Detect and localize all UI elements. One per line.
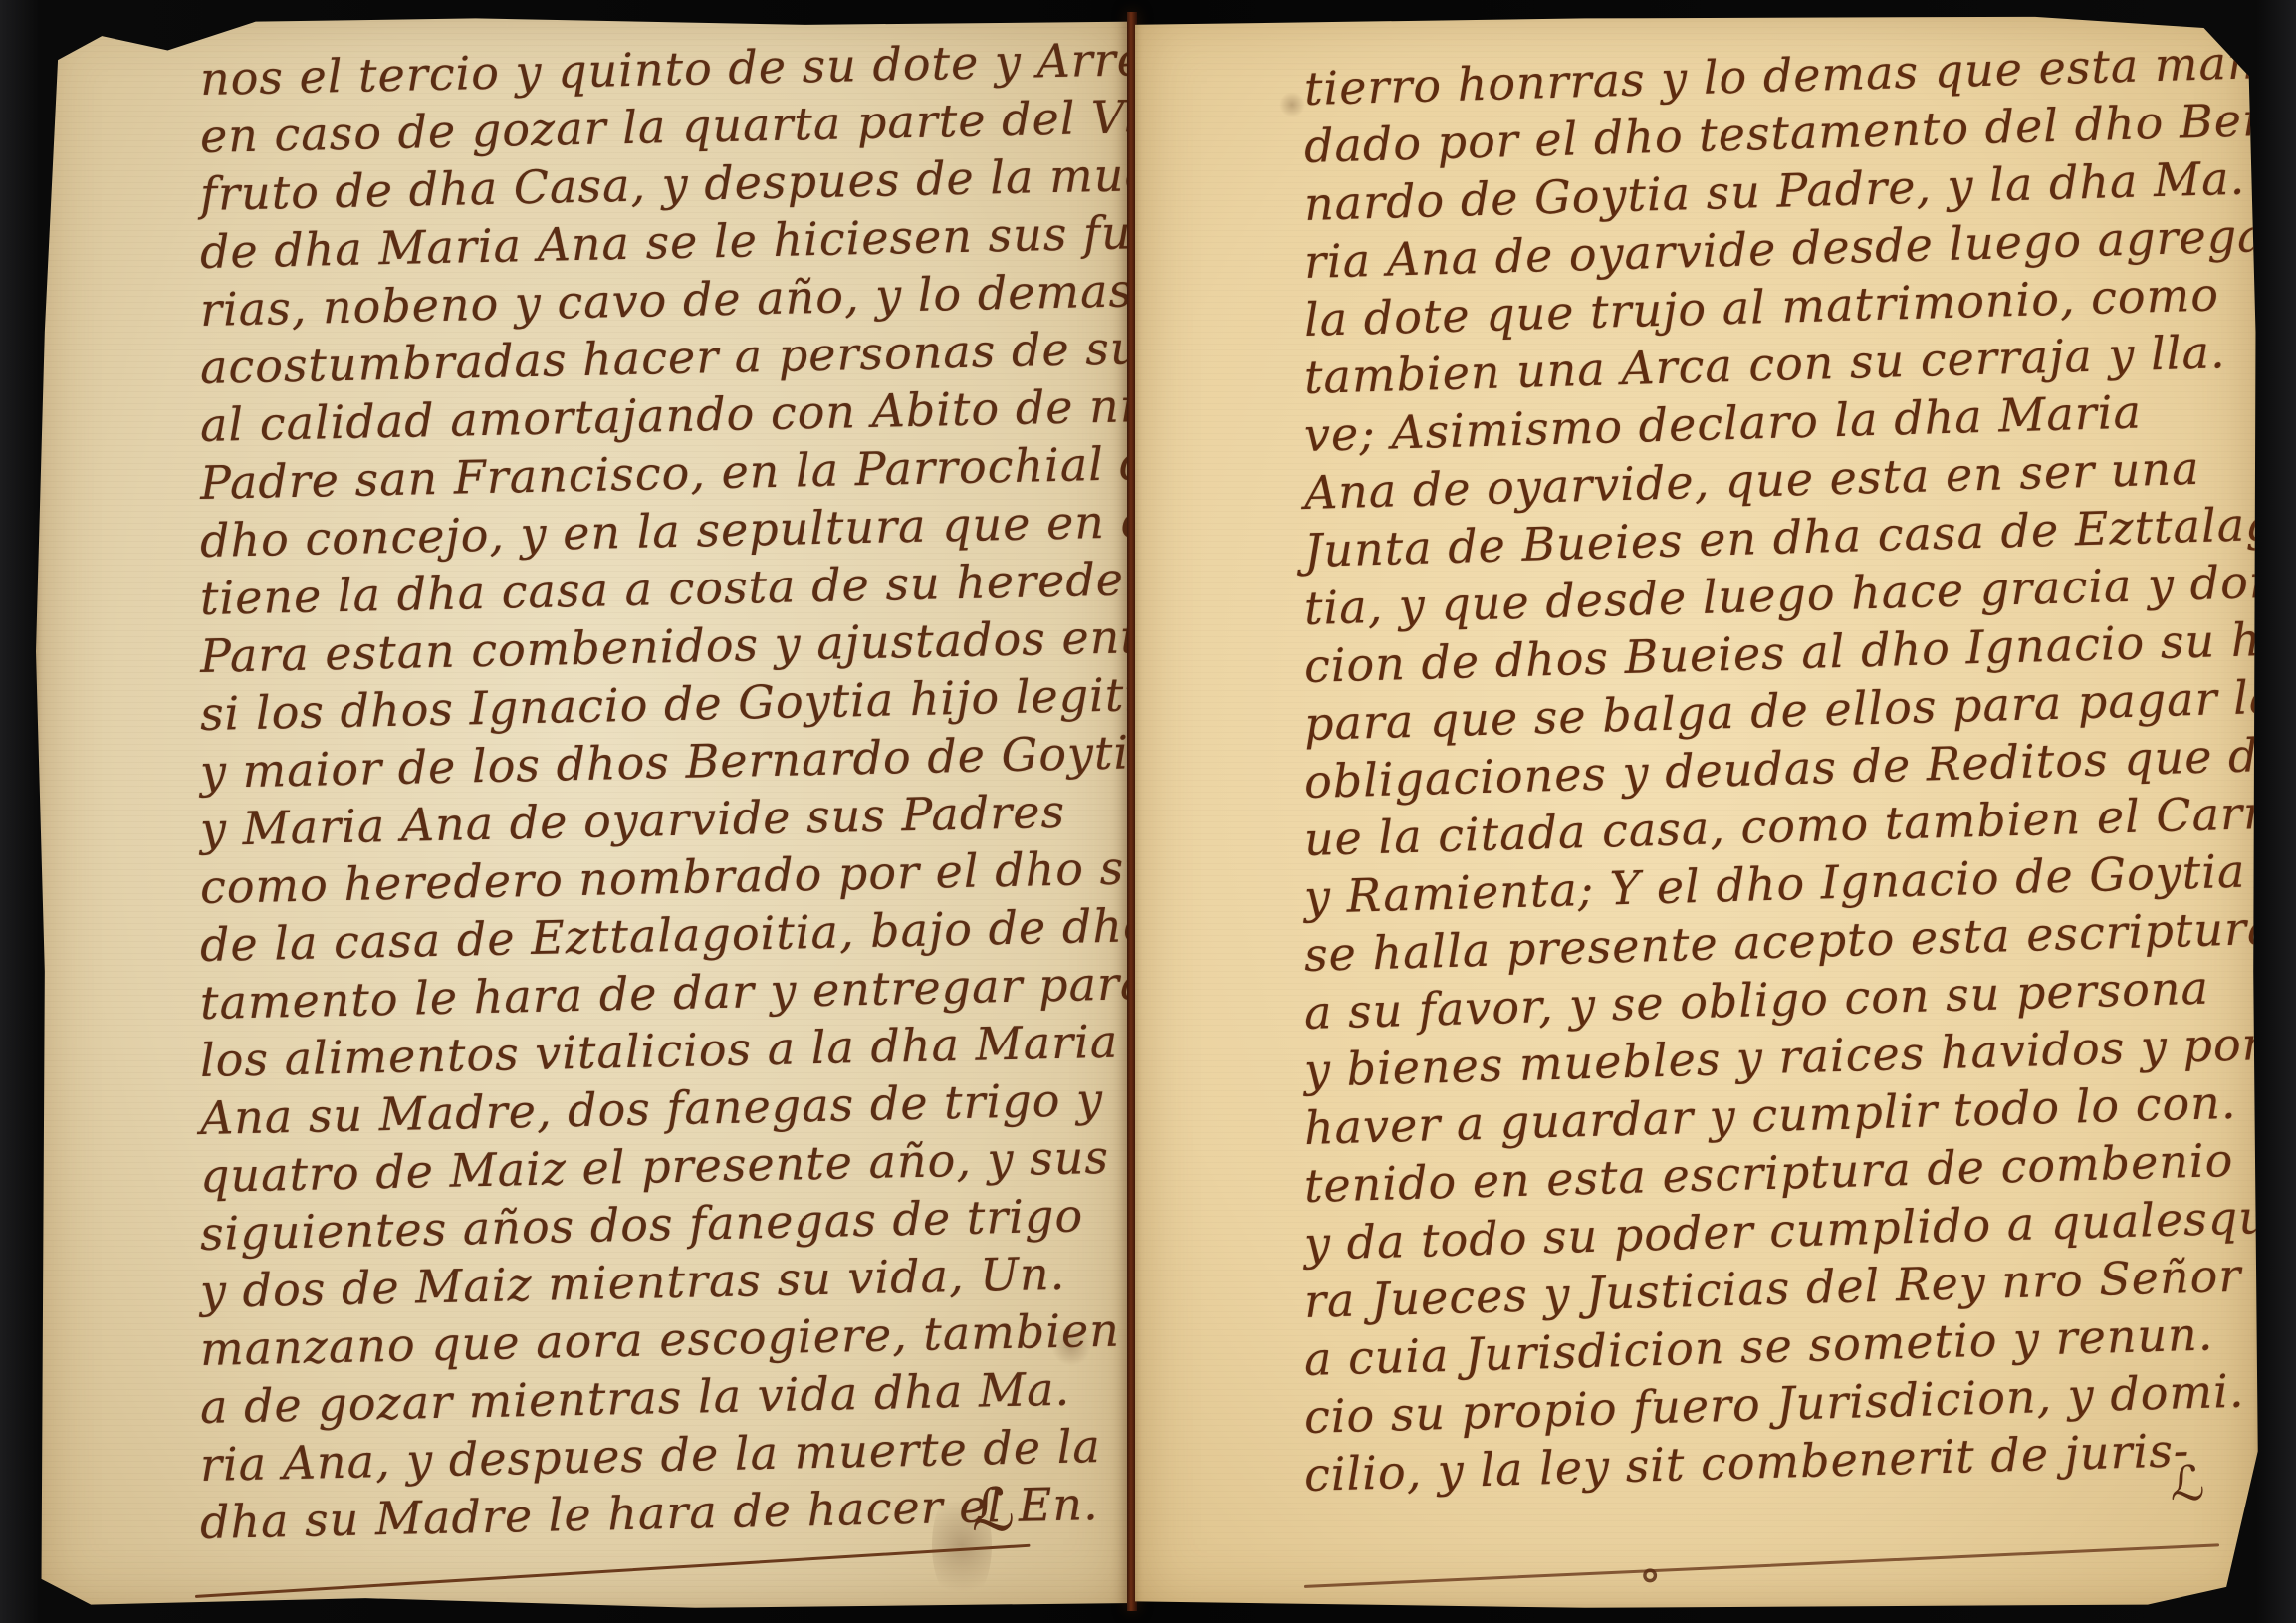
ink-dot [1279,92,1305,117]
scan-frame: nos el tercio y quinto de su dote y Arre… [0,0,2296,1623]
closing-flourish: ℒ [2171,1456,2205,1511]
right-manuscript-page: tierro honrras y lo demas que esta man. … [1135,12,2260,1611]
page-mark-glyph: ∘ [1638,1545,1663,1603]
closing-rule-line [1304,1543,2219,1588]
closing-flourish: ℒ [972,1476,1015,1545]
closing-rule-line [195,1544,1031,1598]
left-manuscript-page: nos el tercio y quinto de su dote y Arre… [36,12,1135,1611]
